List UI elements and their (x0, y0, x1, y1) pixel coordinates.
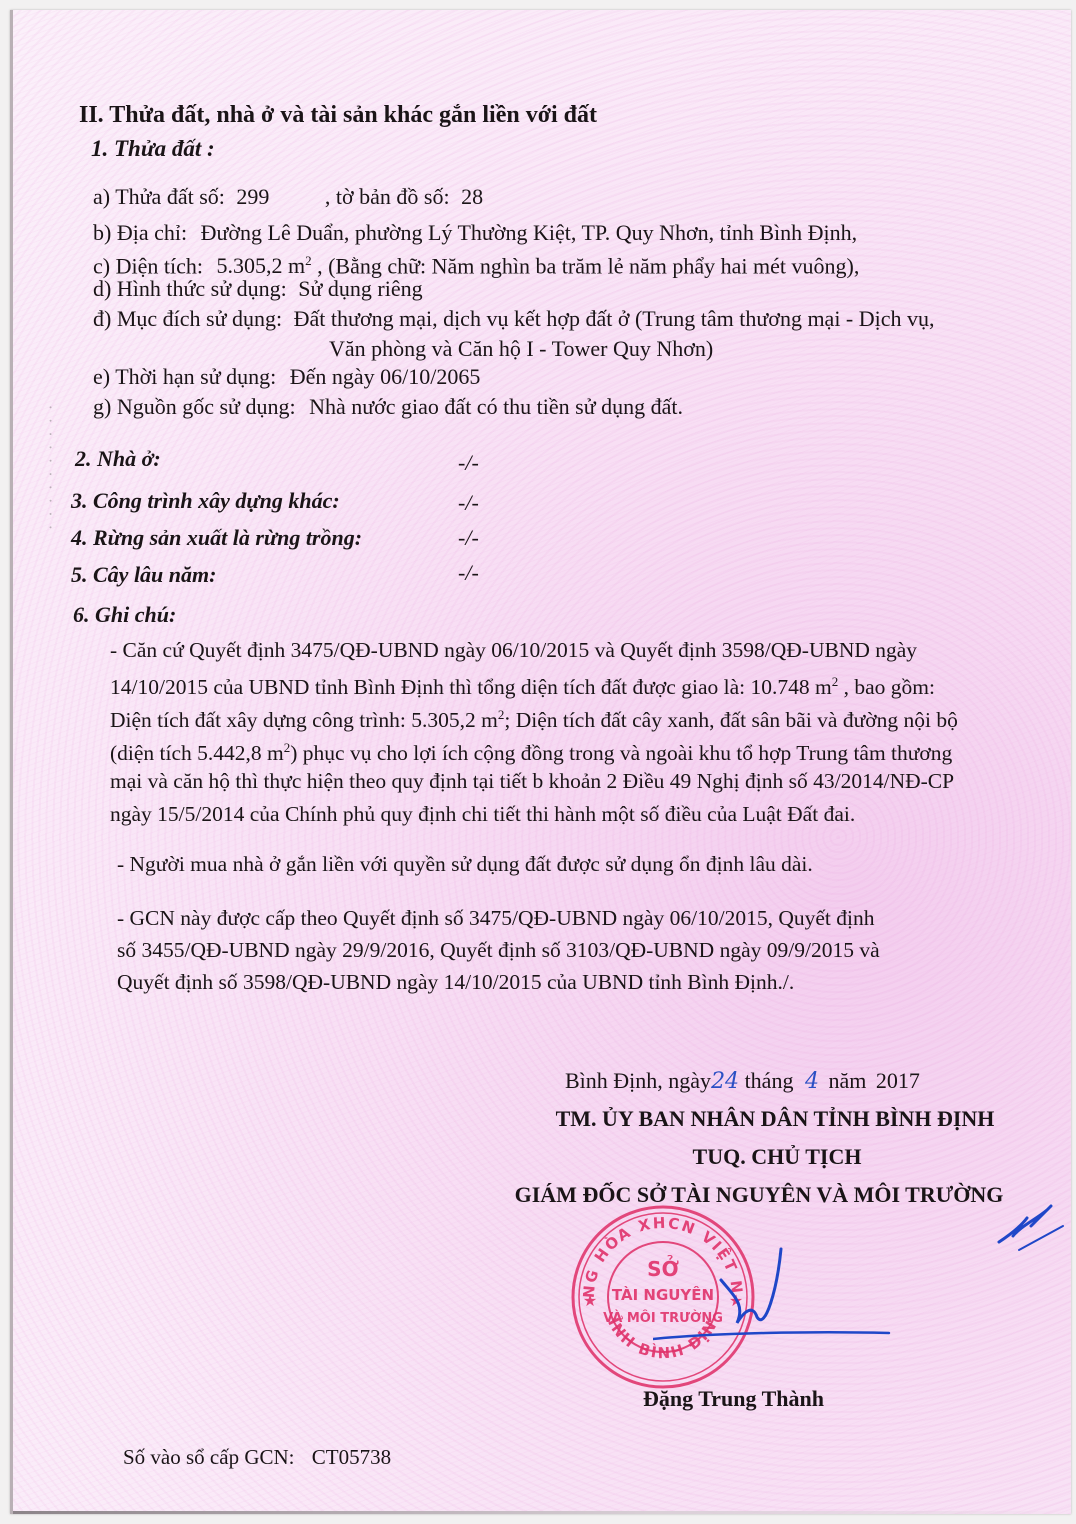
note-1-line-1: - Căn cứ Quyết định 3475/QĐ-UBND ngày 06… (110, 634, 917, 667)
signing-place: Bình Định, ngày (565, 1068, 711, 1093)
item-other-construction-label: 3. Công trình xây dựng khác: (71, 488, 340, 514)
map-sheet-number: 28 (461, 184, 483, 209)
registry-row: Số vào sổ cấp GCN: CT05738 (123, 1444, 391, 1470)
initials-mark (991, 1196, 1071, 1256)
usage-origin-label: g) Nguồn gốc sử dụng: (93, 394, 296, 419)
note-3-line-1: - GCN này được cấp theo Quyết định số 34… (117, 902, 875, 935)
handwritten-signature (653, 1235, 893, 1350)
signing-month: 4 (805, 1069, 819, 1094)
item-house-label: 2. Nhà ở: (75, 446, 161, 472)
area-unit-sup: 2 (305, 253, 312, 268)
authority-line-3: GIÁM ĐỐC SỞ TÀI NGUYÊN VÀ MÔI TRƯỜNG (479, 1182, 1039, 1208)
signing-day: 24 (711, 1069, 739, 1094)
note-text: (diện tích 5.442,8 m (110, 741, 284, 765)
usage-term-value: Đến ngày 06/10/2065 (290, 364, 481, 389)
usage-form-row: d) Hình thức sử dụng: Sử dụng riêng (93, 276, 423, 302)
usage-purpose-value: Đất thương mại, dịch vụ kết hợp đất ở (T… (294, 306, 935, 331)
area-row: c) Diện tích: 5.305,2 m2 , (Bằng chữ: Nă… (93, 248, 859, 279)
note-text: ; Diện tích đất cây xanh, đất sân bãi và… (504, 708, 958, 732)
note-3-line-2: số 3455/QĐ-UBND ngày 29/9/2016, Quyết đị… (117, 934, 880, 967)
usage-purpose-row: đ) Mục đích sử dụng: Đất thương mại, dịc… (93, 306, 935, 332)
usage-origin-value: Nhà nước giao đất có thu tiền sử dụng đấ… (309, 394, 683, 419)
registry-label: Số vào sổ cấp GCN: (123, 1445, 295, 1469)
notes-heading: 6. Ghi chú: (73, 602, 176, 628)
area-value: 5.305,2 m (216, 253, 305, 278)
item-house-value: -/- (458, 450, 479, 476)
note-text: , bao gồm: (838, 675, 935, 699)
parcel-number-row: a) Thửa đất số: 299 , tờ bản đồ số: 28 (93, 184, 483, 210)
map-sheet-label: , tờ bản đồ số: (325, 184, 450, 209)
signer-name: Đặng Trung Thành (643, 1386, 824, 1412)
margin-watermark: · · · · · · · · · · (43, 403, 61, 530)
area-label: c) Diện tích: (93, 253, 203, 278)
registry-number: CT05738 (312, 1445, 391, 1469)
signing-year: 2017 (876, 1068, 920, 1093)
area-in-words: , (Bằng chữ: Năm nghìn ba trăm lẻ năm ph… (317, 253, 859, 278)
item-forest-value: -/- (458, 525, 479, 551)
address-row: b) Địa chỉ: Đường Lê Duẩn, phường Lý Thư… (93, 220, 857, 246)
section-title: II. Thửa đất, nhà ở và tài sản khác gắn … (79, 102, 597, 128)
usage-purpose-label: đ) Mục đích sử dụng: (93, 306, 282, 331)
authority-line-2: TUQ. CHỦ TỊCH (497, 1144, 1057, 1170)
month-label: tháng (745, 1068, 794, 1093)
note-1-line-5: mại và căn hộ thì thực hiện theo quy địn… (110, 765, 954, 798)
item-perennial-label: 5. Cây lâu năm: (71, 562, 216, 588)
usage-term-label: e) Thời hạn sử dụng: (93, 364, 276, 389)
land-heading: 1. Thửa đất : (91, 136, 215, 162)
address-label: b) Địa chỉ: (93, 220, 187, 245)
item-forest-label: 4. Rừng sản xuất là rừng trồng: (71, 525, 362, 551)
note-text: Diện tích đất xây dựng công trình: 5.305… (110, 708, 498, 732)
usage-form-value: Sử dụng riêng (298, 276, 422, 301)
usage-purpose-value-cont: Văn phòng và Căn hộ I - Tower Quy Nhơn) (329, 336, 713, 362)
note-3-line-3: Quyết định số 3598/QĐ-UBND ngày 14/10/20… (117, 966, 794, 999)
certificate-page: · · · · · · · · · · II. Thửa đất, nhà ở … (10, 10, 1071, 1514)
note-1-line-2: 14/10/2015 của UBND tỉnh Bình Định thì t… (110, 666, 935, 704)
usage-origin-row: g) Nguồn gốc sử dụng: Nhà nước giao đất … (93, 394, 683, 420)
parcel-label: a) Thửa đất số: (93, 184, 225, 209)
note-text: 14/10/2015 của UBND tỉnh Bình Định thì t… (110, 675, 832, 699)
address-value: Đường Lê Duẩn, phường Lý Thường Kiệt, TP… (201, 220, 858, 245)
item-other-construction-value: -/- (458, 490, 479, 516)
note-1-line-3: Diện tích đất xây dựng công trình: 5.305… (110, 699, 958, 737)
item-perennial-value: -/- (458, 560, 479, 586)
usage-form-label: d) Hình thức sử dụng: (93, 276, 287, 301)
star-icon: ★ (583, 1291, 597, 1310)
note-1-line-6: ngày 15/5/2014 của Chính phủ quy định ch… (110, 798, 855, 831)
note-1-line-4: (diện tích 5.442,8 m2) phục vụ cho lợi í… (110, 732, 952, 770)
note-text: ) phục vụ cho lợi ích cộng đồng trong và… (290, 741, 952, 765)
parcel-number: 299 (236, 184, 269, 209)
signing-date: Bình Định, ngày24 tháng 4 năm 2017 (565, 1068, 920, 1095)
usage-term-row: e) Thời hạn sử dụng: Đến ngày 06/10/2065 (93, 364, 480, 390)
authority-line-1: TM. ỦY BAN NHÂN DÂN TỈNH BÌNH ĐỊNH (495, 1106, 1055, 1132)
note-2: - Người mua nhà ở gắn liền với quyền sử … (117, 848, 813, 881)
year-label: năm (828, 1068, 866, 1093)
